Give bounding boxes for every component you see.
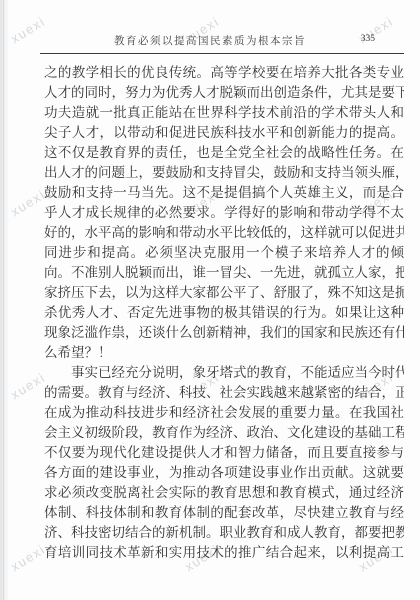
running-header-title: 教育必须以提高国民素质为根本宗旨 xyxy=(0,33,420,48)
text-line: 在成为推动科技进步和经济社会发展的重要力量。在我国社 xyxy=(44,403,404,423)
watermark-text: xuexi xyxy=(8,187,48,220)
text-line: 不仅要为现代化建设提供人才和智力储备，而且要直接参与 xyxy=(44,443,404,463)
text-line: 杀优秀人才、否定先进事物的极其错误的行为。如果让这种 xyxy=(44,303,404,323)
text-line: 育培训同技术革新和实用技术的推广结合起来，以利提高工 xyxy=(44,543,404,563)
header-rule xyxy=(40,53,404,54)
text-line: 各方面的建设事业，为推动各项建设事业作出贡献。这就要 xyxy=(44,463,404,483)
text-line: 人才的同时，努力为优秀人才脱颖而出创造条件，尤其是要下 xyxy=(44,83,404,103)
text-line: 鼓励和支持一马当先。这不是提倡搞个人英雄主义，而是合 xyxy=(44,183,404,203)
running-header: 教育必须以提高国民素质为根本宗旨 335 xyxy=(0,0,420,49)
body-text: 之的教学相长的优良传统。高等学校要在培养大批各类专业人才的同时，努力为优秀人才脱… xyxy=(44,63,404,563)
book-page: xuexixuexixuexixuexixuexixuexixuexixuexi… xyxy=(0,0,420,600)
text-line: 功夫造就一批真正能站在世界科学技术前沿的学术带头人和 xyxy=(44,103,404,123)
text-line: 的需要。教育与经济、科技、社会实践越来越紧密的结合，正 xyxy=(44,383,404,403)
text-line: 向。不准别人脱颖而出，谁一冒尖、一先进，就孤立人家，把人 xyxy=(44,263,404,283)
watermark-text: xuexi xyxy=(8,370,48,403)
text-line: 尖子人才，以带动和促进民族科技水平和创新能力的提高。 xyxy=(44,123,404,143)
text-line: 同进步和提高。必须坚决克服用一个模子来培养人才的倾 xyxy=(44,243,404,263)
text-line: 乎人才成长规律的必然要求。学得好的影响和带动学得不太 xyxy=(44,203,404,223)
text-line: 体制、科技体制和教育体制的配套改革，尽快建立教育与经 xyxy=(44,503,404,523)
text-line: 济、科技密切结合的新机制。职业教育和成人教育，都要把教 xyxy=(44,523,404,543)
page-scan-edge xyxy=(0,0,9,600)
page-number: 335 xyxy=(361,34,375,44)
text-line: 好的，水平高的影响和带动水平比较低的，这样就可以促进共 xyxy=(44,223,404,243)
text-line: 现象泛滥作祟，还谈什么创新精神，我们的国家和民族还有什 xyxy=(44,323,404,343)
text-line: 这不仅是教育界的责任，也是全党全社会的战略性任务。在 xyxy=(44,143,404,163)
text-line: 么希望？！ xyxy=(44,343,404,363)
text-line: 家挤压下去，以为这样大家都公平了、舒服了，殊不知这是扼 xyxy=(44,283,404,303)
text-line: 事实已经充分说明，象牙塔式的教育，不能适应当今时代 xyxy=(44,363,404,383)
text-line: 出人才的问题上，要鼓励和支持冒尖，鼓励和支持当领头雁， xyxy=(44,163,404,183)
text-line: 会主义初级阶段，教育作为经济、政治、文化建设的基础工程， xyxy=(44,423,404,443)
watermark-text: xuexi xyxy=(8,542,48,575)
text-line: 之的教学相长的优良传统。高等学校要在培养大批各类专业 xyxy=(44,63,404,83)
text-line: 求必须改变脱离社会实际的教育思想和教育模式，通过经济 xyxy=(44,483,404,503)
